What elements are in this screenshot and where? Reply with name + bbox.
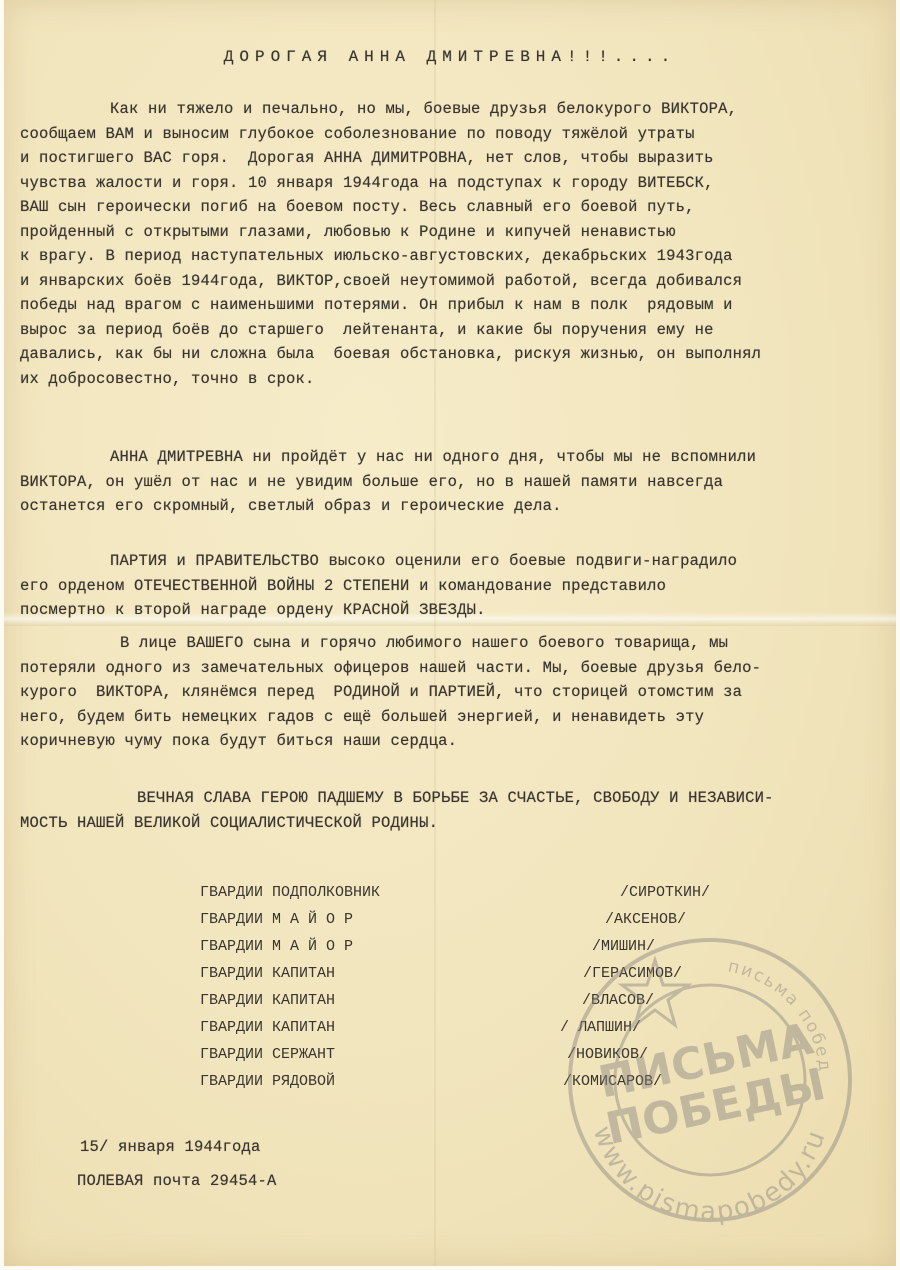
watermark-stamp: письма победы в вов www.pismapobedy.ru П… [560,930,860,1230]
star-icon [622,960,688,1025]
letter-line: останется его скромный, светлый образ и … [20,497,562,515]
signature-rank: ГВАРДИИ РЯДОВОЙ [200,1073,335,1090]
letter-line: ПАРТИЯ и ПРАВИТЕЛЬСТВО высоко оценили ег… [110,552,737,570]
signature-rank: ГВАРДИИ КАПИТАН [200,992,335,1009]
letter-line: вырос за период боёв до старшего лейтена… [20,321,714,339]
letter-line: посмертно к второй награде ордену КРАСНО… [20,601,486,619]
letter-line: Как ни тяжело и печально, но мы, боевые … [110,100,737,118]
field-post-number: ПОЛЕВАЯ почта 29454-А [77,1172,277,1190]
letter-line: В лице ВАШЕГО сына и горячо любимого наш… [120,634,728,652]
letter-date: 15/ января 1944года [80,1138,261,1156]
letter-line: к врагу. В период наступательных июльско… [20,247,733,265]
letter-line: сообщаем ВАМ и выносим глубокое соболезн… [20,125,695,143]
signature-rank: ГВАРДИИ М А Й О Р [200,911,353,928]
signature-rank: ГВАРДИИ М А Й О Р [200,938,353,955]
letter-line: и январских боёв 1944года, ВИКТОР,своей … [20,272,742,290]
letter-line: давались, как бы ни сложна была боевая о… [20,345,761,363]
letter-line: чувства жалости и горя. 10 января 1944го… [20,174,714,192]
letter-line: АННА ДМИТРЕВНА ни пройдёт у нас ни одног… [110,448,756,466]
signature-rank: ГВАРДИИ КАПИТАН [200,965,335,982]
letter-line: потеряли одного из замечательных офицеро… [20,659,761,677]
letter-line: победы над врагом с наименьшими потерями… [20,296,733,314]
signature-name: /СИРОТКИН/ [620,884,710,901]
letter-line: коричневую чуму пока будут биться наши с… [20,732,457,750]
letter-line: него, будем бить немецких гадов с ещё бо… [20,708,704,726]
letter-line: курого ВИКТОРА, клянёмся перед РОДИНОЙ и… [20,683,742,701]
signature-rank: ГВАРДИИ СЕРЖАНТ [200,1046,335,1063]
signature-rank: ГВАРДИИ КАПИТАН [200,1019,335,1036]
letter-line: ВАШ сын героически погиб на боевом посту… [20,198,695,216]
letter-line: ВИКТОРА, он ушёл от нас и не увидим боль… [20,473,723,491]
letter-line: его орденом ОТЕЧЕСТВЕННОЙ ВОЙНЫ 2 СТЕПЕН… [20,577,666,595]
letter-line: МОСТЬ НАШЕЙ ВЕЛИКОЙ СОЦИАЛИСТИЧЕСКОЙ РОД… [20,814,438,832]
letter-line: их добросовестно, точно в срок. [20,370,315,388]
letter-line: и постигшего ВАС горя. Дорогая АННА ДИМИ… [20,149,714,167]
letter-title: ДОРОГАЯ АННА ДМИТРЕВНА!!!.... [0,48,900,66]
signature-rank: ГВАРДИИ ПОДПОЛКОВНИК [200,884,380,901]
signature-name: /АКСЕНОВ/ [605,911,686,928]
letter-line: ВЕЧНАЯ СЛАВА ГЕРОЮ ПАДШЕМУ В БОРЬБЕ ЗА С… [137,789,774,807]
letter-line: пройденный с открытыми глазами, любовью … [20,223,676,241]
